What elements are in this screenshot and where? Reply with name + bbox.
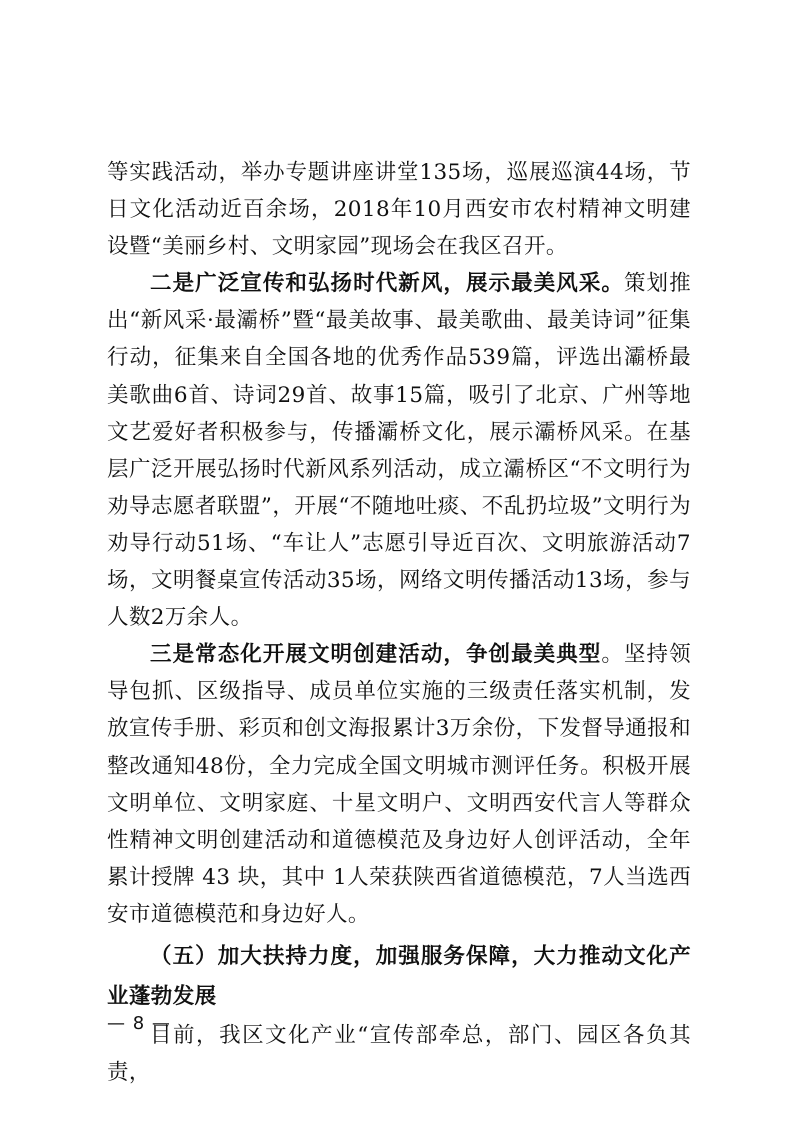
paragraph-3-text: 。坚持领导包抓、区级指导、成员单位实施的三级责任落实机制，发放宣传手册、彩页和创…	[107, 642, 691, 927]
paragraph-2-text: 策划推出“新风采·最灞桥”暨“最美故事、最美歌曲、最美诗词”征集行动，征集来自全…	[107, 271, 691, 630]
closing-paragraph: 目前，我区文化产业“宣传部牵总，部门、园区各负其责，	[107, 1017, 691, 1091]
section-heading: （五）加大扶持力度，加强服务保障，大力推动文化产业蓬勃发展	[107, 937, 691, 1017]
paragraph-2-lead: 二是广泛宣传和弘扬时代新风，展示最美风采。	[150, 271, 624, 296]
paragraph-3: 三是常态化开展文明创建活动，争创最美典型。坚持领导包抓、区级指导、成员单位实施的…	[107, 636, 691, 933]
document-page: 等实践活动，举办专题讲座讲堂135场，巡展巡演44场，节日文化活动近百余场，20…	[107, 154, 691, 1091]
paragraph-1-text: 等实践活动，举办专题讲座讲堂135场，巡展巡演44场，节日文化活动近百余场，20…	[107, 160, 691, 259]
paragraph-2: 二是广泛宣传和弘扬时代新风，展示最美风采。策划推出“新风采·最灞桥”暨“最美故事…	[107, 265, 691, 636]
paragraph-3-lead: 三是常态化开展文明创建活动，争创最美典型	[150, 642, 601, 667]
page-number: — 8 —	[107, 1013, 171, 1034]
paragraph-1: 等实践活动，举办专题讲座讲堂135场，巡展巡演44场，节日文化活动近百余场，20…	[107, 154, 691, 265]
